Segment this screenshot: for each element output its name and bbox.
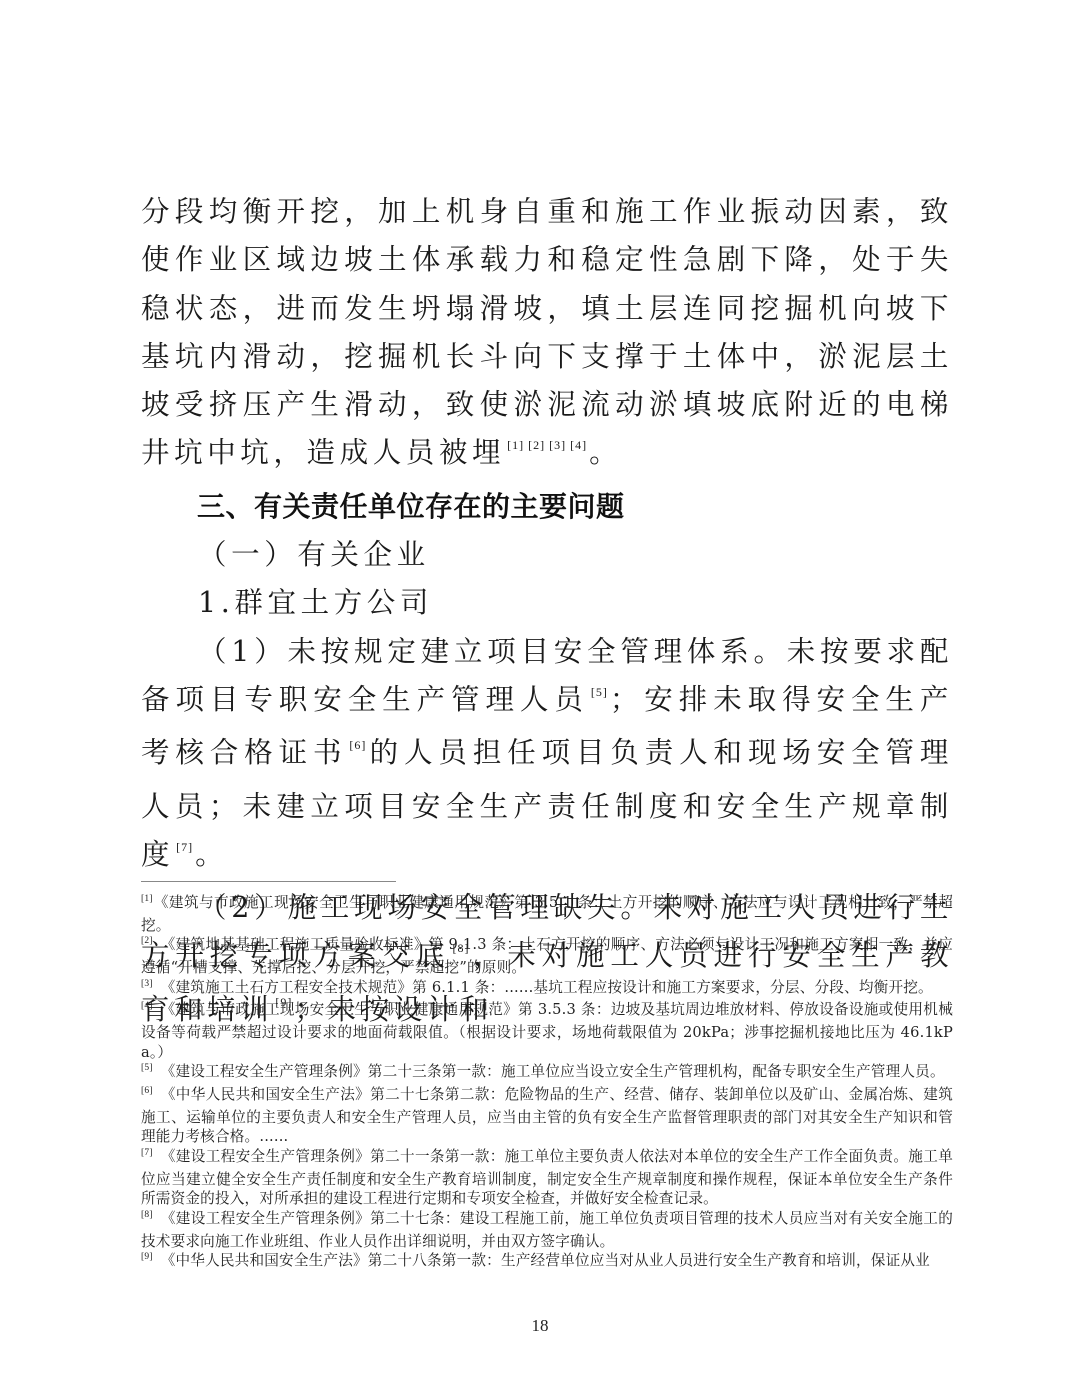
footnote-text: 《建筑与市政施工现场安全卫生与职业健康通用规范》第 3.5.3 条：边坡及基坑周… (141, 1001, 953, 1060)
footnote-6: [6]《中华人民共和国安全生产法》第二十七条第二款：危险物品的生产、经营、储存、… (141, 1085, 953, 1147)
footnote-mark: [4] (141, 1001, 153, 1011)
footnote-separator (141, 881, 396, 882)
footnote-2: [2]《建筑地基基础工程施工质量验收标准》第 9.1.3 条：土石方开挖的顺序、… (141, 935, 953, 977)
footnote-mark: [5] (141, 1063, 153, 1073)
footnote-reference-6[interactable]: [6] (349, 738, 366, 752)
footnote-5: [5]《建设工程安全生产管理条例》第二十三条第一款：施工单位应当设立安全生产管理… (141, 1062, 953, 1085)
company-heading: 1.群宜土方公司 (141, 579, 953, 627)
document-page: 分段均衡开挖，加上机身自重和施工作业振动因素，致使作业区域边坡土体承载力和稳定性… (0, 0, 1080, 1398)
footnote-8: [8]《建设工程安全生产管理条例》第二十七条：建设工程施工前，施工单位负责项目管… (141, 1209, 953, 1251)
footnote-9: [9]《中华人民共和国安全生产法》第二十八条第一款：生产经营单位应当对从业人员进… (141, 1251, 953, 1274)
footnotes: [1]《建筑与市政施工现场安全卫生与职业健康通用规范》第 3.5.1 条：土方开… (141, 893, 953, 1274)
subsection-heading: （一）有关企业 (141, 531, 953, 579)
item-1-text-d: 。 (195, 838, 228, 871)
footnote-text: 《中华人民共和国安全生产法》第二十七条第二款：危险物品的生产、经营、储存、装卸单… (141, 1086, 953, 1145)
footnote-text: 《建设工程安全生产管理条例》第二十三条第一款：施工单位应当设立安全生产管理机构，… (161, 1063, 945, 1080)
footnote-1: [1]《建筑与市政施工现场安全卫生与职业健康通用规范》第 3.5.1 条：土方开… (141, 893, 953, 935)
page-number: 18 (0, 1316, 1080, 1336)
footnote-reference-5[interactable]: [5] (591, 685, 608, 699)
footnote-3: [3]《建筑施工土石方工程安全技术规范》第 6.1.1 条：......基坑工程… (141, 978, 953, 1001)
footnote-mark: [8] (141, 1210, 153, 1220)
paragraph-end: 。 (589, 436, 622, 469)
item-1-paragraph: （1）未按规定建立项目安全管理体系。未按要求配备项目专职安全生产管理人员[5]；… (141, 628, 953, 884)
footnote-text: 《建设工程安全生产管理条例》第二十七条：建设工程施工前，施工单位负责项目管理的技… (141, 1210, 953, 1250)
footnote-4: [4]《建筑与市政施工现场安全卫生与职业健康通用规范》第 3.5.3 条：边坡及… (141, 1000, 953, 1062)
footnote-text: 《中华人民共和国安全生产法》第二十八条第一款：生产经营单位应当对从业人员进行安全… (161, 1252, 930, 1269)
footnote-7: [7]《建设工程安全生产管理条例》第二十一条第一款：施工单位主要负责人依法对本单… (141, 1147, 953, 1209)
paragraph-text: 分段均衡开挖，加上机身自重和施工作业振动因素，致使作业区域边坡土体承载力和稳定性… (141, 195, 953, 469)
footnote-mark: [3] (141, 979, 153, 989)
footnote-mark: [1] (141, 894, 153, 904)
footnote-text: 《建筑与市政施工现场安全卫生与职业健康通用规范》第 3.5.1 条：土方开挖的顺… (141, 894, 953, 934)
footnote-reference-7[interactable]: [7] (176, 840, 193, 854)
paragraph-continuation: 分段均衡开挖，加上机身自重和施工作业振动因素，致使作业区域边坡土体承载力和稳定性… (141, 188, 953, 483)
footnote-mark: [2] (141, 936, 153, 946)
footnote-text: 《建筑地基基础工程施工质量验收标准》第 9.1.3 条：土石方开挖的顺序、方法必… (141, 936, 953, 976)
footnote-mark: [9] (141, 1252, 153, 1262)
footnote-reference[interactable]: [1] [2] [3] [4] (507, 438, 587, 452)
section-heading: 三、有关责任单位存在的主要问题 (141, 483, 953, 531)
footnote-text: 《建设工程安全生产管理条例》第二十一条第一款：施工单位主要负责人依法对本单位的安… (141, 1148, 953, 1207)
footnote-text: 《建筑施工土石方工程安全技术规范》第 6.1.1 条：......基坑工程应按设… (161, 979, 933, 996)
footnote-mark: [7] (141, 1148, 153, 1158)
footnote-mark: [6] (141, 1086, 153, 1096)
